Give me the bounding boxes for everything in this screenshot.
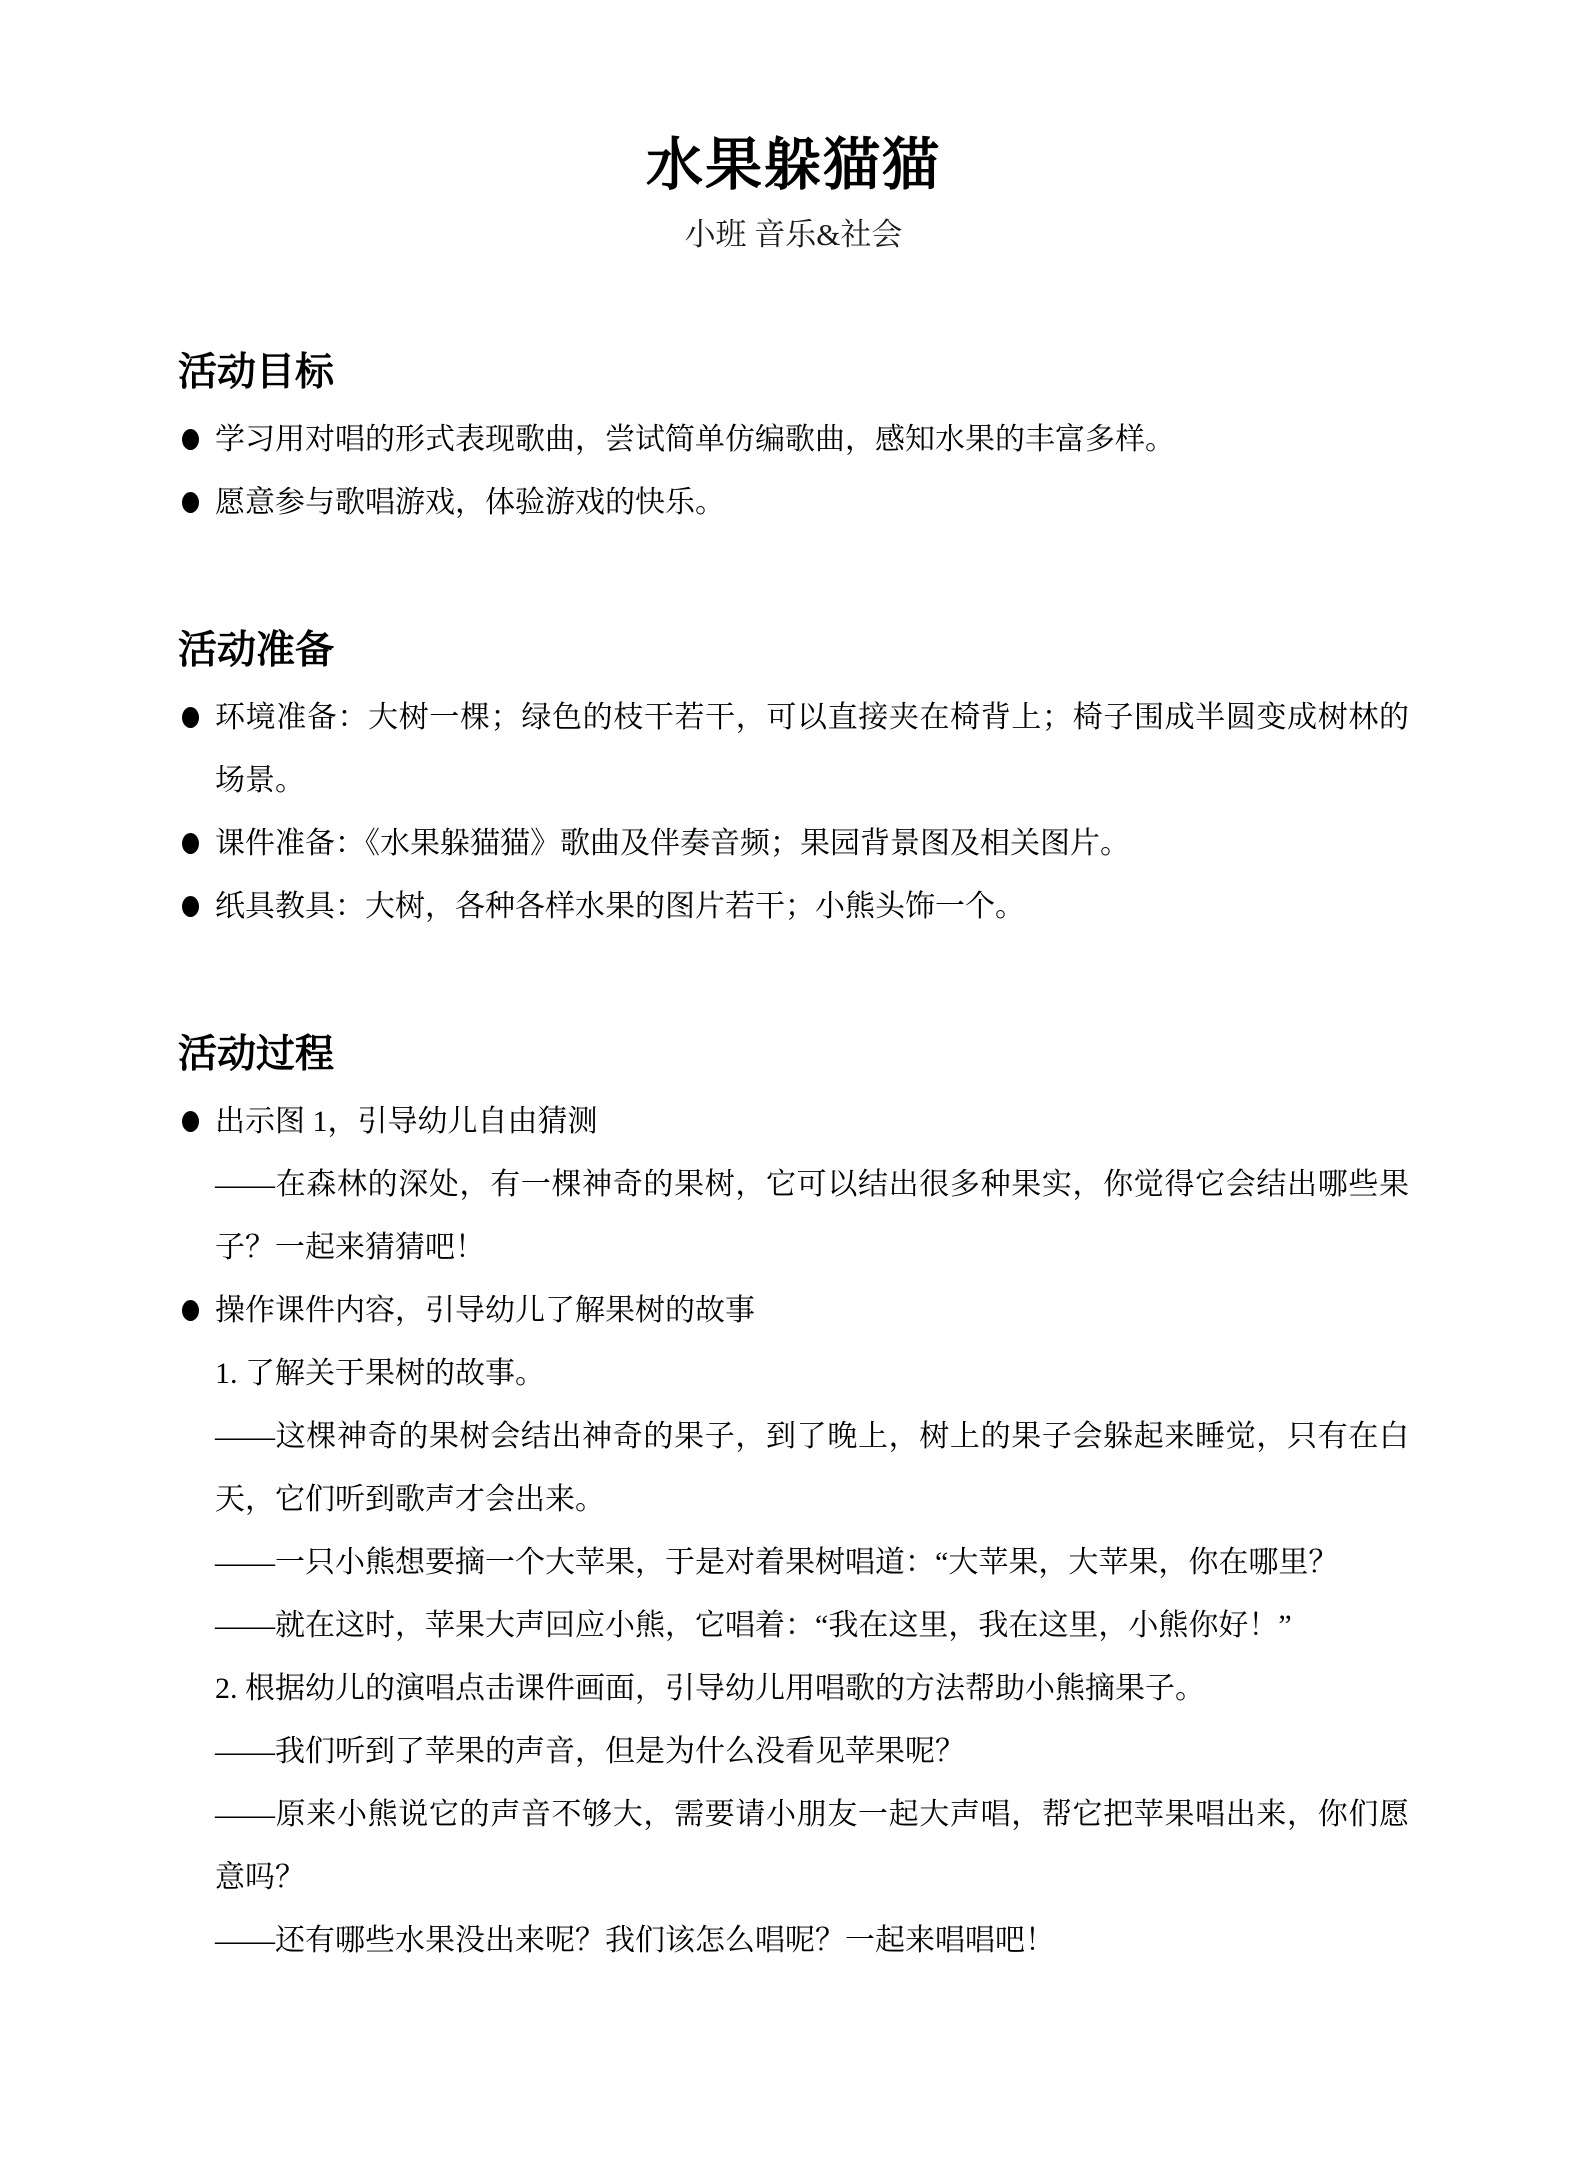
bullet-icon: [178, 812, 215, 854]
bullet-icon: [178, 875, 215, 917]
bullet-item: 课件准备：《水果躲猫猫》歌曲及伴奏音频；果园背景图及相关图片。: [178, 812, 1409, 875]
bullet-text: 出示图 1，引导幼儿自由猜测: [215, 1090, 1409, 1153]
section-heading: 活动过程: [178, 1031, 1409, 1080]
bullet-text: 纸具教具：大树，各种各样水果的图片若干；小熊头饰一个。: [215, 875, 1409, 938]
bullet-icon: [178, 471, 215, 513]
bullet-item: 操作课件内容，引导幼儿了解果树的故事: [178, 1279, 1409, 1342]
bullet-item: 出示图 1，引导幼儿自由猜测: [178, 1090, 1409, 1153]
bullet-text: 操作课件内容，引导幼儿了解果树的故事: [215, 1279, 1409, 1342]
sub-paragraph: ——就在这时，苹果大声回应小熊，它唱着：“我在这里，我在这里，小熊你好！”: [215, 1594, 1409, 1657]
sub-paragraph: 1. 了解关于果树的故事。: [215, 1342, 1409, 1405]
section-heading: 活动准备: [178, 627, 1409, 676]
bullet-dot-icon: [182, 707, 199, 728]
sub-paragraph: 2. 根据幼儿的演唱点击课件画面，引导幼儿用唱歌的方法帮助小熊摘果子。: [215, 1657, 1409, 1720]
bullet-item: 环境准备：大树一棵；绿色的枝干若干，可以直接夹在椅背上；椅子围成半圆变成树林的场…: [178, 686, 1409, 812]
sub-paragraph: ——在森林的深处，有一棵神奇的果树，它可以结出很多种果实，你觉得它会结出哪些果子…: [215, 1153, 1409, 1279]
bullet-dot-icon: [182, 429, 199, 450]
document-subtitle: 小班 音乐&社会: [178, 213, 1409, 256]
bullet-text: 学习用对唱的形式表现歌曲，尝试简单仿编歌曲，感知水果的丰富多样。: [215, 408, 1409, 471]
section-heading: 活动目标: [178, 349, 1409, 398]
bullet-icon: [178, 686, 215, 728]
section: 活动目标学习用对唱的形式表现歌曲，尝试简单仿编歌曲，感知水果的丰富多样。愿意参与…: [178, 349, 1409, 534]
bullet-text: 环境准备：大树一棵；绿色的枝干若干，可以直接夹在椅背上；椅子围成半圆变成树林的场…: [215, 686, 1409, 812]
bullet-dot-icon: [182, 1111, 199, 1132]
sub-paragraph: ——我们听到了苹果的声音，但是为什么没看见苹果呢？: [215, 1720, 1409, 1783]
bullet-item: 愿意参与歌唱游戏，体验游戏的快乐。: [178, 471, 1409, 534]
bullet-icon: [178, 1279, 215, 1321]
bullet-item: 纸具教具：大树，各种各样水果的图片若干；小熊头饰一个。: [178, 875, 1409, 938]
sub-paragraph: ——一只小熊想要摘一个大苹果，于是对着果树唱道：“大苹果，大苹果，你在哪里？: [215, 1531, 1409, 1594]
bullet-icon: [178, 408, 215, 450]
bullet-dot-icon: [182, 833, 199, 854]
bullet-dot-icon: [182, 1300, 199, 1321]
sections: 活动目标学习用对唱的形式表现歌曲，尝试简单仿编歌曲，感知水果的丰富多样。愿意参与…: [178, 349, 1409, 1971]
section: 活动准备环境准备：大树一棵；绿色的枝干若干，可以直接夹在椅背上；椅子围成半圆变成…: [178, 627, 1409, 938]
bullet-text: 课件准备：《水果躲猫猫》歌曲及伴奏音频；果园背景图及相关图片。: [215, 812, 1409, 875]
document-page: 水果躲猫猫 小班 音乐&社会 活动目标学习用对唱的形式表现歌曲，尝试简单仿编歌曲…: [0, 0, 1587, 2160]
bullet-dot-icon: [182, 492, 199, 513]
section: 活动过程出示图 1，引导幼儿自由猜测——在森林的深处，有一棵神奇的果树，它可以结…: [178, 1031, 1409, 1972]
bullet-item: 学习用对唱的形式表现歌曲，尝试简单仿编歌曲，感知水果的丰富多样。: [178, 408, 1409, 471]
sub-paragraph: ——这棵神奇的果树会结出神奇的果子，到了晚上，树上的果子会躲起来睡觉，只有在白天…: [215, 1405, 1409, 1531]
sub-paragraph: ——原来小熊说它的声音不够大，需要请小朋友一起大声唱，帮它把苹果唱出来，你们愿意…: [215, 1783, 1409, 1909]
document-title: 水果躲猫猫: [178, 128, 1409, 205]
bullet-dot-icon: [182, 896, 199, 917]
bullet-text: 愿意参与歌唱游戏，体验游戏的快乐。: [215, 471, 1409, 534]
bullet-icon: [178, 1090, 215, 1132]
sub-paragraph: ——还有哪些水果没出来呢？我们该怎么唱呢？一起来唱唱吧！: [215, 1909, 1409, 1972]
